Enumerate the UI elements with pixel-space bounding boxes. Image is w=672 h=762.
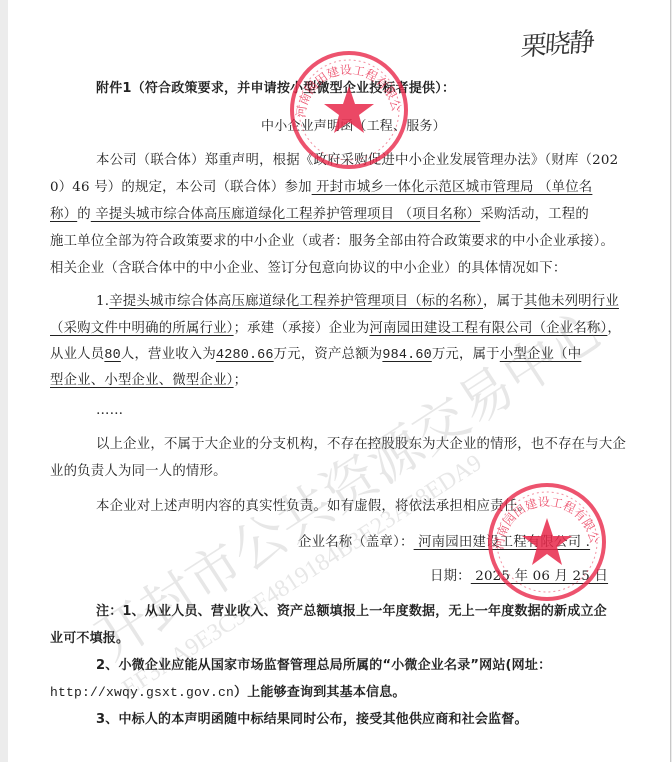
para1-line4: 施工单位全部为符合政策要求的中小企业（或者：服务全部由符合政策要求的中小企业承接… [50, 233, 614, 251]
handwritten-signature: 栗晓静 [520, 21, 594, 63]
procuring-unit: 开封市城乡一体化示范区城市管理局 （单位名 [312, 180, 593, 195]
assets-value: 984.60 [382, 348, 431, 363]
ellipsis: …… [96, 402, 123, 420]
revenue-value: 4280.66 [216, 348, 274, 363]
enterprise-size: 小型企业（中 [500, 347, 582, 362]
para2-line2: 业的负责人为同一人的情形。 [50, 463, 227, 481]
item1-line3: 从业人员80人，营业收入为4280.66万元，资产总额为984.60万元，属于小… [50, 346, 581, 365]
attachment-heading: 附件1（符合政策要求，并申请按小型微型企业投标者提供）： [96, 80, 455, 98]
item1-line1: 1.辛提头城市综合体高压廊道绿化工程养护管理项目（标的名称），属于其他未列明行业 [96, 293, 619, 311]
para2-line1: 以上企业，不属于大企业的分支机构，不存在控股股东为大企业的情形，也不存在与大企 [96, 436, 626, 454]
para1-line2: 0）46 号）的规定，本公司（联合体）参加 开封市城乡一体化示范区城市管理局 （… [50, 179, 592, 197]
directory-url[interactable]: http://xwqy.gsxt.gov.cn [50, 685, 234, 700]
project-name: 辛提头城市综合体高压廊道绿化工程养护管理项目 （项目名称） [91, 207, 480, 222]
note3: 3、中标人的本声明函随中标结果同时公布，接受其他供应商和社会监督。 [96, 711, 528, 729]
date-value: 2025 年 06 月 25 日 [471, 569, 608, 584]
document-title: 中小企业声明函（工程、服务） [261, 118, 446, 136]
para3: 本企业对上述声明内容的真实性负责。如有虚假，将依法承担相应责任。 [96, 498, 531, 516]
item1-line2: （采购文件中明确的所属行业）；承建（承接）企业为河南园田建设工程有限公司（企业名… [50, 320, 621, 338]
para1-line1: 本公司（联合体）郑重声明，根据《政府采购促进中小企业发展管理办法》（财库（202 [96, 152, 618, 170]
para1-line3: 称）的 辛提头城市综合体高压廊道绿化工程养护管理项目 （项目名称）采购活动，工程… [50, 206, 589, 224]
note2-line1: 2、小微企业应能从国家市场监督管理总局所属的“小微企业名录”网站(网址： [96, 657, 551, 675]
item1-line4: 型企业、小型企业、微型企业）； [50, 372, 247, 390]
company-name-value: 河南园田建设工程有限公司 . [414, 535, 590, 550]
document-page: 栗晓静 附件1（符合政策要求，并申请按小型微型企业投标者提供）： 中小企业声明函… [8, 0, 671, 762]
date-line: 日期： 2025 年 06 月 25 日 [430, 568, 608, 586]
para1-line5: 相关企业（含联合体中的中小企业、签订分包意向协议的中小企业）的具体情况如下： [50, 260, 566, 278]
employee-count: 80 [104, 348, 120, 363]
note1-line2: 业可不填报。 [50, 630, 129, 648]
note2-line2: http://xwqy.gsxt.gov.cn）上能够查询到其基本信息。 [50, 684, 406, 702]
company-signature-line: 企业名称（盖章）： 河南园田建设工程有限公司 . [298, 534, 590, 552]
note1-line1: 注：1、从业人员、营业收入、资产总额填报上一年度数据，无上一年度数据的新成立企 [96, 603, 607, 621]
